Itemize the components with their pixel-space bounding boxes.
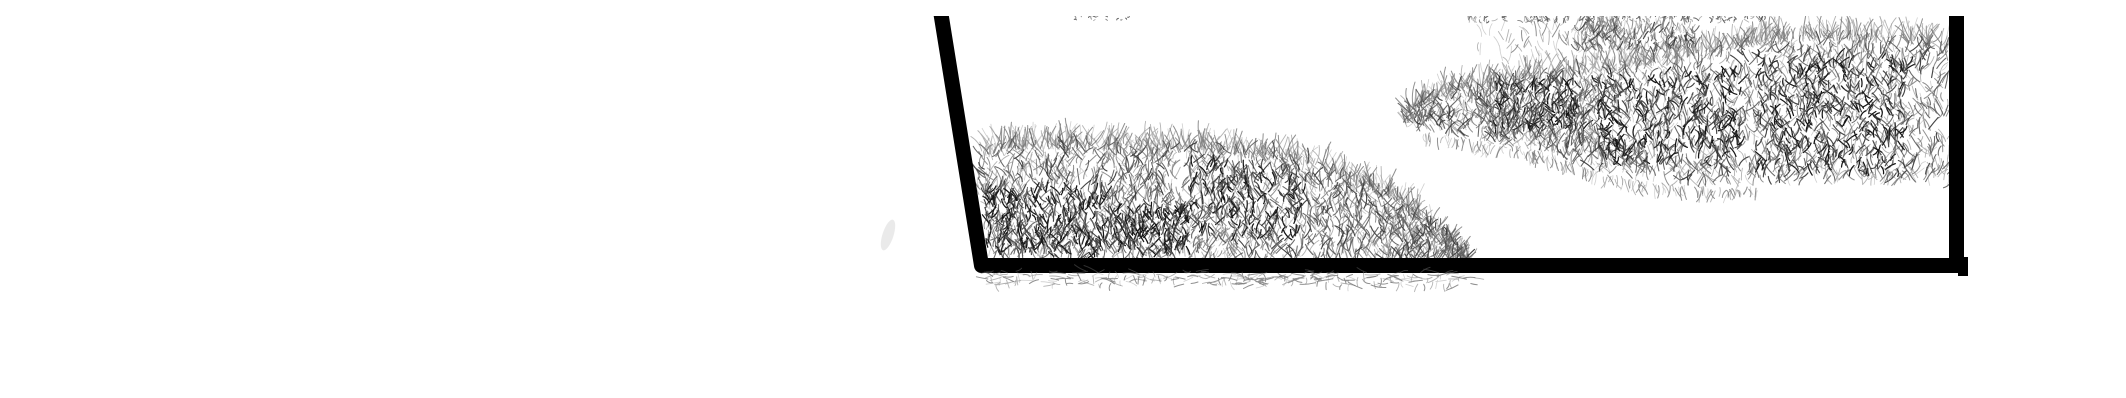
- comic-page-fragment: [40, 16, 2126, 382]
- panel-border-corner-notch: [1958, 257, 1968, 276]
- panel-canvas: [40, 16, 2126, 382]
